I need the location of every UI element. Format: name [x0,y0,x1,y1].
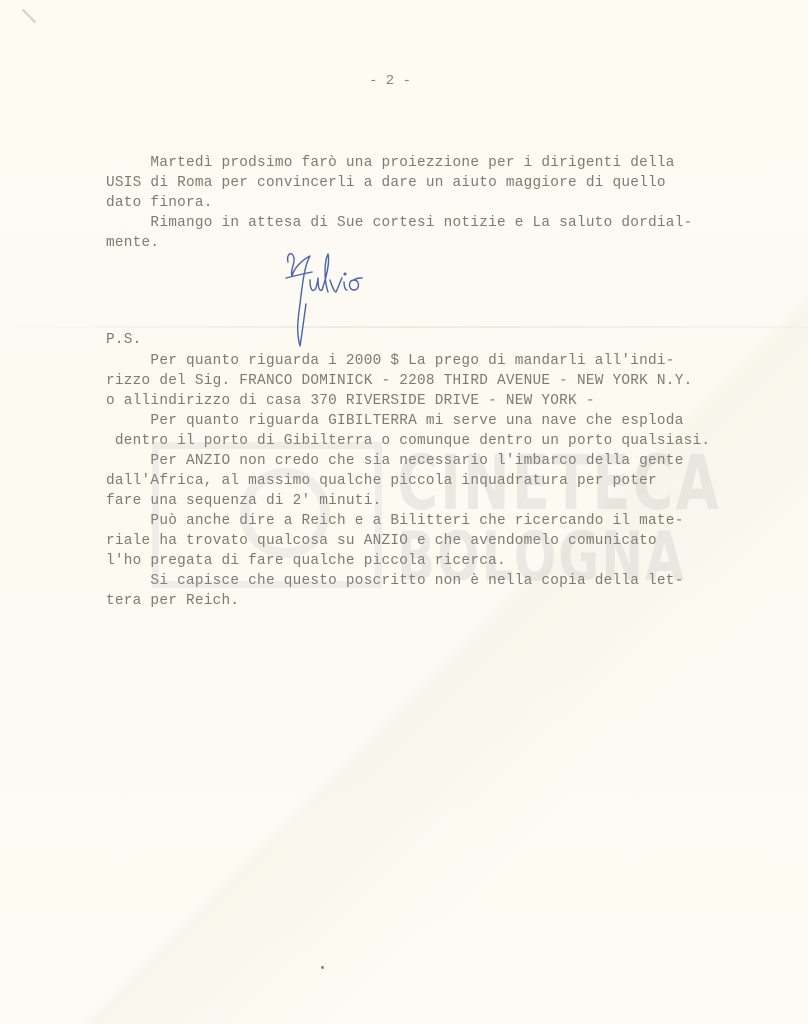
ps-line-2: rizzo del Sig. FRANCO DOMINICK - 2208 TH… [106,371,692,391]
ps-line-9: Può anche dire a Reich e a Bilitteri che… [106,511,684,531]
body-line-3: dato finora. [106,193,213,213]
page-number: - 2 - [0,73,780,89]
ps-line-5: dentro il porto di Gibilterra o comunque… [106,431,710,451]
ps-line-6: Per ANZIO non credo che sia necessario l… [106,451,684,471]
body-line-1: Martedì prodsimo farò una proiezzione pe… [106,153,675,173]
ps-line-12: Si capisce che questo poscritto non è ne… [106,571,684,591]
ps-line-1: Per quanto riguarda i 2000 $ La prego di… [106,351,675,371]
body-line-5: mente. [106,233,159,253]
postscript-label: P.S. [106,330,142,350]
body-line-2: USIS di Roma per convincerli a dare un a… [106,173,666,193]
ps-line-7: dall'Africa, al massimo qualche piccola … [106,471,657,491]
ps-line-4: Per quanto riguarda GIBILTERRA mi serve … [106,411,684,431]
paper-fold-line [0,326,808,328]
ps-line-13: tera per Reich. [106,591,239,611]
ps-line-8: fare una sequenza di 2' minuti. [106,491,381,511]
ps-line-11: l'ho pregata di fare qualche piccola ric… [106,551,506,571]
ps-line-3: o allindirizzo di casa 370 RIVERSIDE DRI… [106,391,595,411]
body-line-4: Rimango in attesa di Sue cortesi notizie… [106,213,692,233]
ps-line-10: riale ha trovato qualcosa su ANZIO e che… [106,531,657,551]
paper-speck [321,966,324,969]
handwritten-signature [282,248,372,358]
